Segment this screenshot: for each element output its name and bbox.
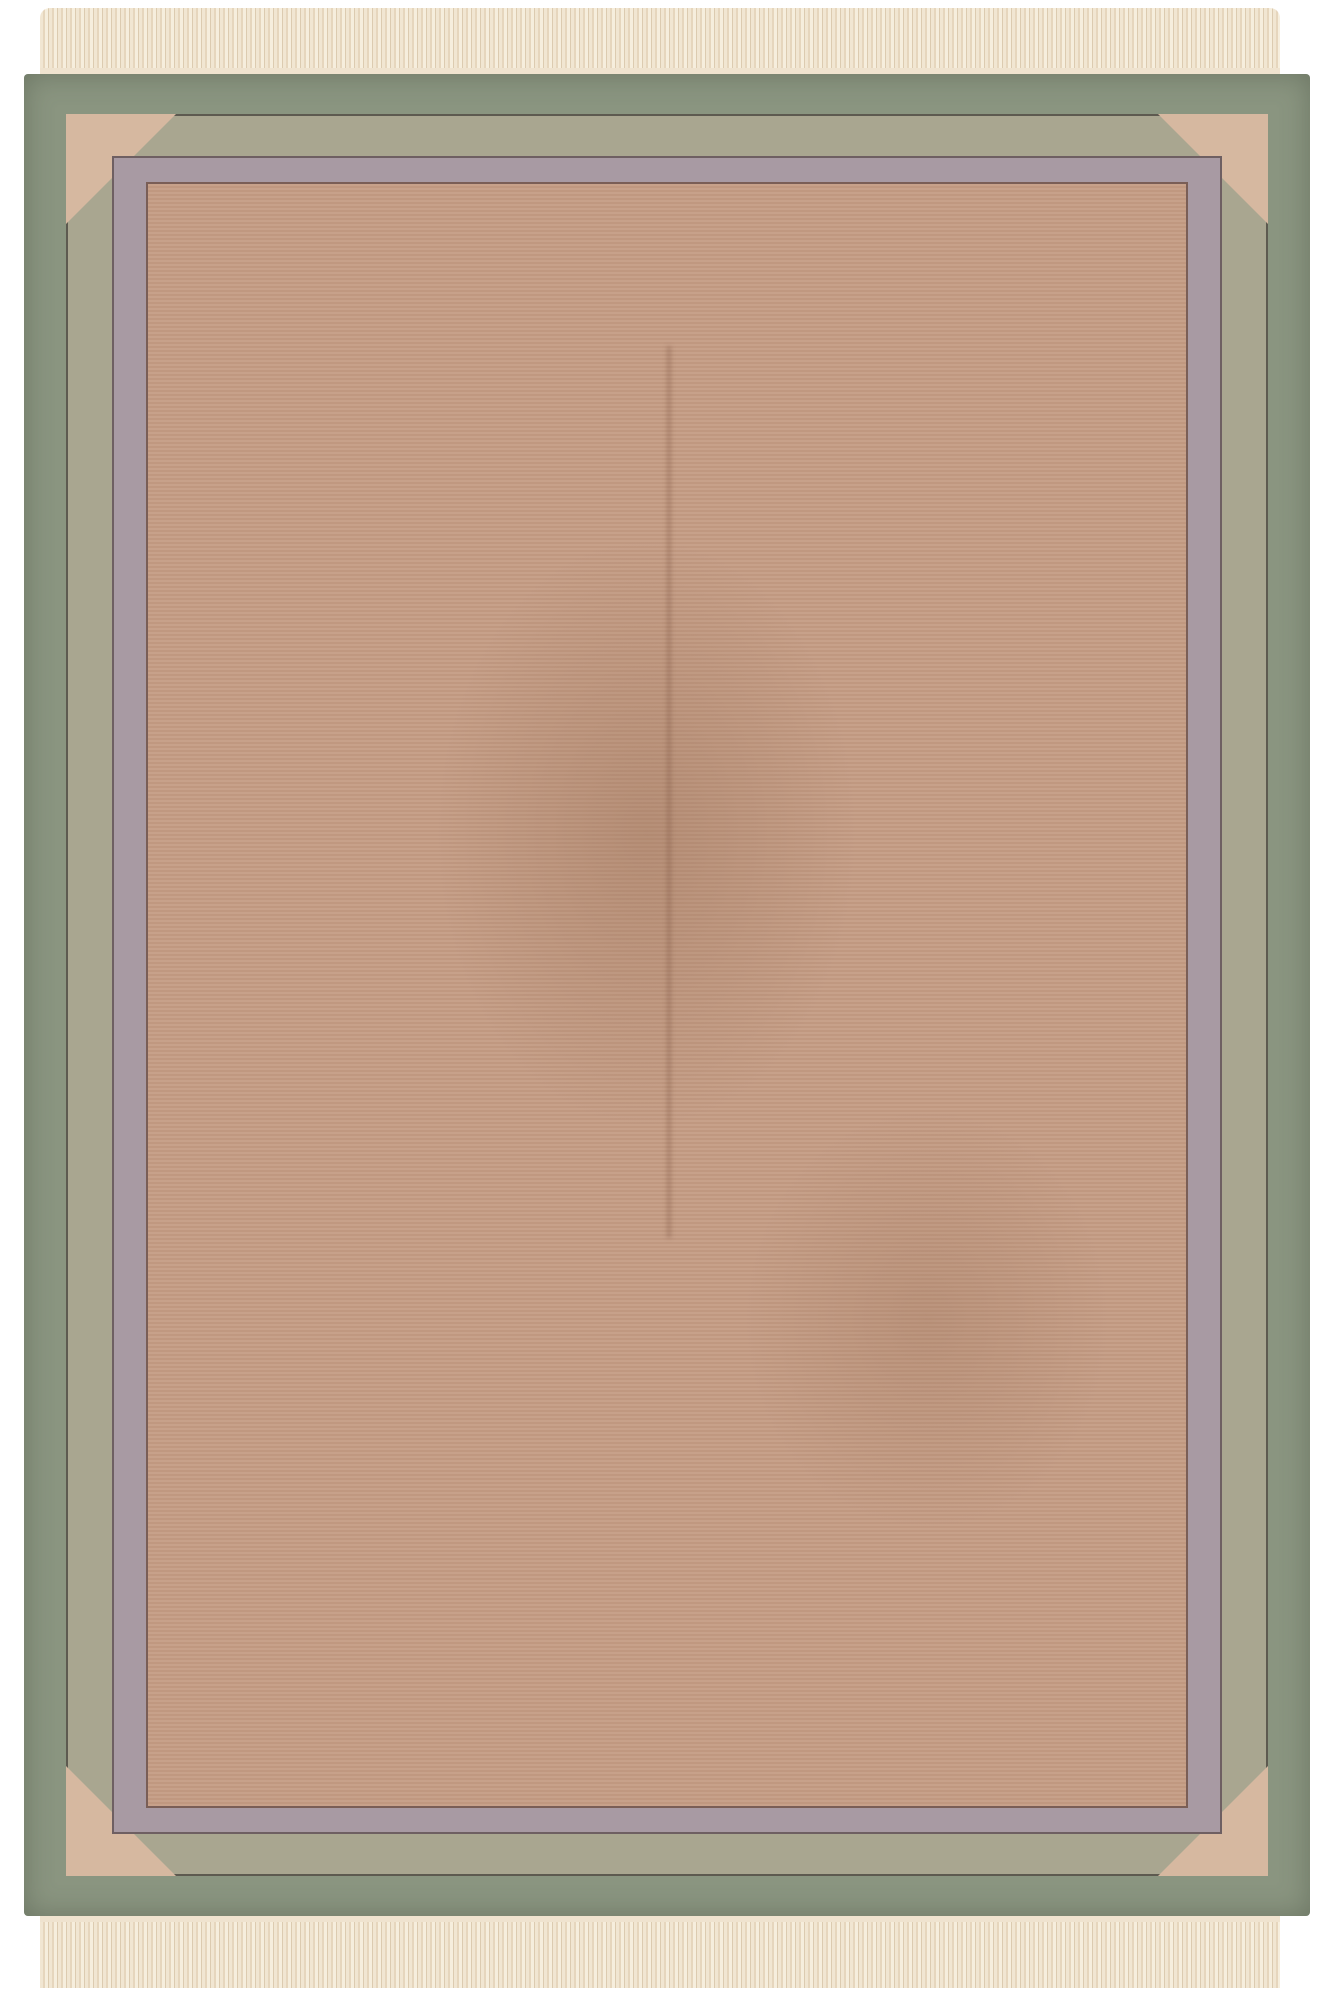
rose-field: [146, 182, 1188, 1808]
center-shading: [667, 346, 671, 1238]
rug-photo: [0, 0, 1334, 2000]
bottom-fringe: [40, 1922, 1280, 1988]
rug: [24, 74, 1310, 1916]
